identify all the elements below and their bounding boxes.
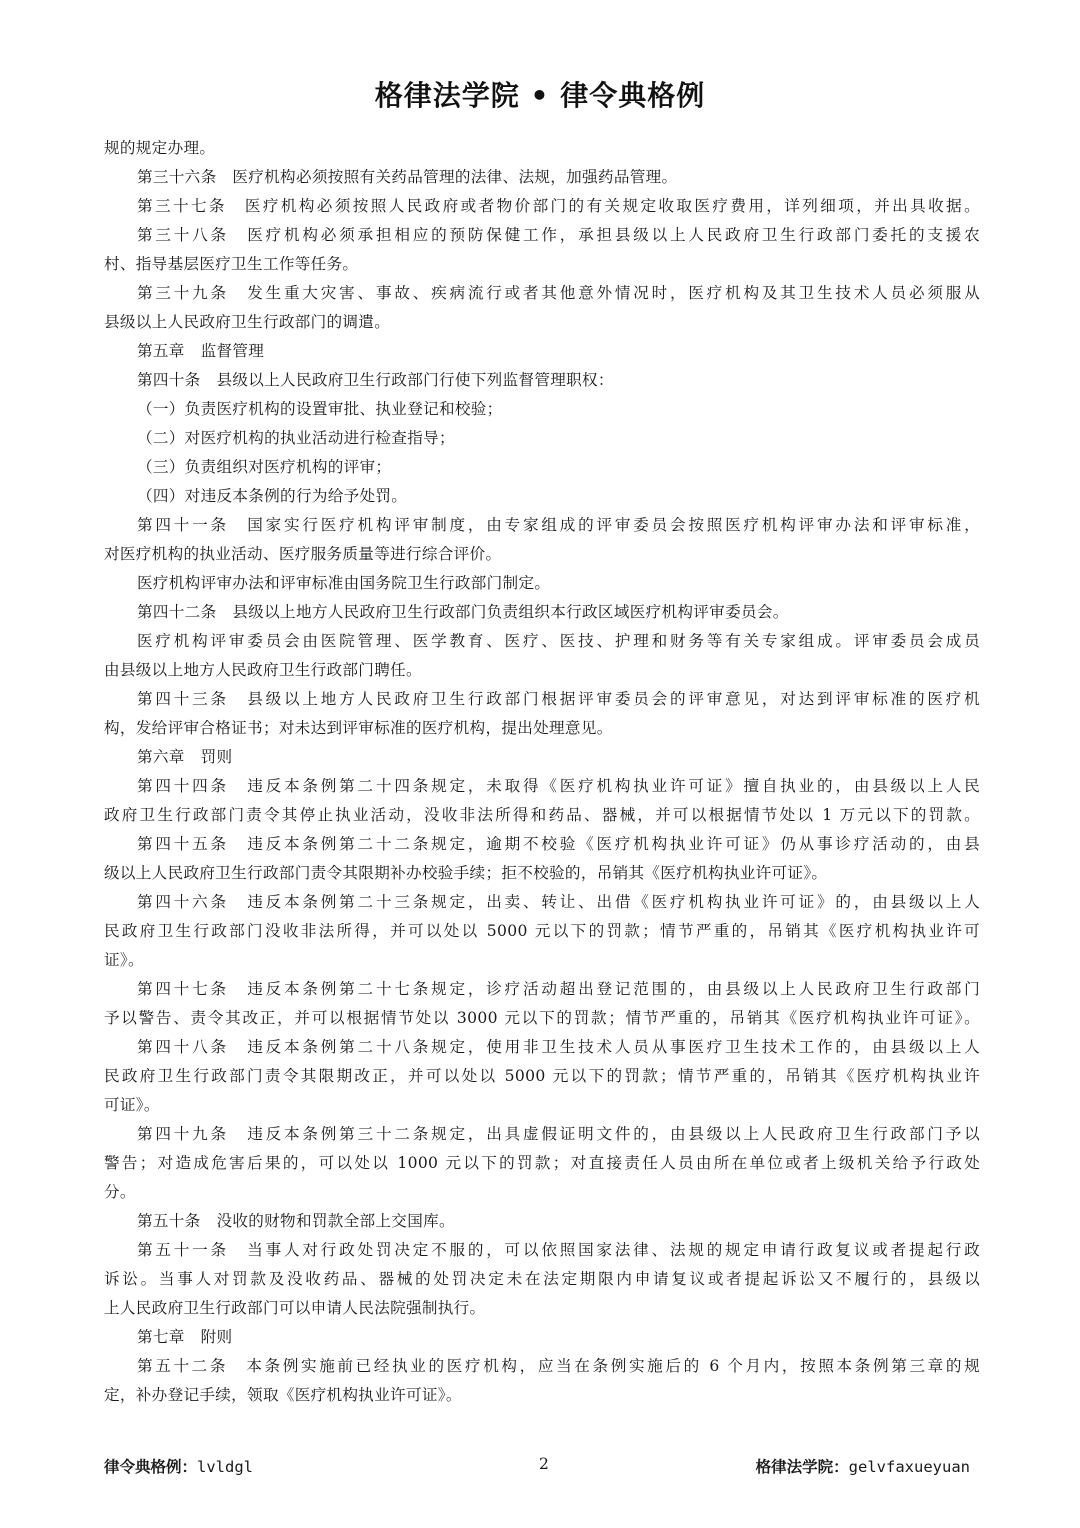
text-line: 第四十五条 违反本条例第二十二条规定，逾期不校验《医疗机构执业许可证》仍从事诊疗…	[104, 830, 980, 859]
text-line: 第四十一条 国家实行医疗机构评审制度，由专家组成的评审委员会按照医疗机构评审办法…	[104, 511, 980, 540]
text-line: 县级以上人民政府卫生行政部门的调遣。	[104, 308, 980, 337]
footer-left: 律令典格例：lvldgl	[104, 1455, 253, 1477]
text-line: 第四十四条 违反本条例第二十四条规定，未取得《医疗机构执业许可证》擅自执业的，由…	[104, 772, 980, 801]
document-body: 规的规定办理。第三十六条 医疗机构必须按照有关药品管理的法律、法规，加强药品管理…	[104, 134, 980, 1410]
text-line: 第五章 监督管理	[104, 337, 980, 366]
text-line: 第三十八条 医疗机构必须承担相应的预防保健工作，承担县级以上人民政府卫生行政部门…	[104, 221, 980, 250]
text-line: 定，补办登记手续，领取《医疗机构执业许可证》。	[104, 1381, 980, 1410]
text-line: 分。	[104, 1178, 980, 1207]
text-line: 由县级以上地方人民政府卫生行政部门聘任。	[104, 656, 980, 685]
text-line: 规的规定办理。	[104, 134, 980, 163]
text-line: 第三十九条 发生重大灾害、事故、疾病流行或者其他意外情况时，医疗机构及其卫生技术…	[104, 279, 980, 308]
text-line: 对医疗机构的执业活动、医疗服务质量等进行综合评价。	[104, 540, 980, 569]
text-line: 政府卫生行政部门责令其停止执业活动，没收非法所得和药品、器械，并可以根据情节处以…	[104, 801, 980, 830]
text-line: 第三十六条 医疗机构必须按照有关药品管理的法律、法规，加强药品管理。	[104, 163, 980, 192]
text-line: 第四十九条 违反本条例第三十二条规定，出具虚假证明文件的，由县级以上人民政府卫生…	[104, 1120, 980, 1149]
text-line: 上人民政府卫生行政部门可以申请人民法院强制执行。	[104, 1294, 980, 1323]
text-line: 第四十六条 违反本条例第二十三条规定，出卖、转让、出借《医疗机构执业许可证》的，…	[104, 888, 980, 917]
text-line: （一）负责医疗机构的设置审批、执业登记和校验；	[104, 395, 980, 424]
text-line: 医疗机构评审办法和评审标准由国务院卫生行政部门制定。	[104, 569, 980, 598]
footer-left-label: 律令典格例：	[104, 1457, 197, 1476]
text-line: 第五十条 没收的财物和罚款全部上交国库。	[104, 1207, 980, 1236]
text-line: 民政府卫生行政部门没收非法所得，并可以处以 5000 元以下的罚款；情节严重的，…	[104, 917, 980, 946]
footer-left-value: lvldgl	[197, 1458, 253, 1476]
text-line: 第五十二条 本条例实施前已经执业的医疗机构，应当在条例实施后的 6 个月内，按照…	[104, 1352, 980, 1381]
footer-right-label: 格律法学院：	[756, 1457, 849, 1476]
text-line: 第四十三条 县级以上地方人民政府卫生行政部门根据评审委员会的评审意见，对达到评审…	[104, 685, 980, 714]
text-line: 诉讼。当事人对罚款及没收药品、器械的处罚决定未在法定期限内申请复议或者提起诉讼又…	[104, 1265, 980, 1294]
text-line: 第六章 罚则	[104, 743, 980, 772]
text-line: 证》。	[104, 946, 980, 975]
text-line: 警告；对造成危害后果的，可以处以 1000 元以下的罚款；对直接责任人员由所在单…	[104, 1149, 980, 1178]
text-line: （二）对医疗机构的执业活动进行检查指导；	[104, 424, 980, 453]
text-line: 第四十七条 违反本条例第二十七条规定，诊疗活动超出登记范围的，由县级以上人民政府…	[104, 975, 980, 1004]
text-line: 村、指导基层医疗卫生工作等任务。	[104, 250, 980, 279]
text-line: 级以上人民政府卫生行政部门责令其限期补办校验手续；拒不校验的，吊销其《医疗机构执…	[104, 859, 980, 888]
text-line: 予以警告、责令其改正，并可以根据情节处以 3000 元以下的罚款；情节严重的，吊…	[104, 1004, 980, 1033]
text-line: （四）对违反本条例的行为给予处罚。	[104, 482, 980, 511]
text-line: 第五十一条 当事人对行政处罚决定不服的，可以依照国家法律、法规的规定申请行政复议…	[104, 1236, 980, 1265]
footer-right: 格律法学院：gelvfaxueyuan	[756, 1455, 970, 1477]
text-line: 可证》。	[104, 1091, 980, 1120]
document-page: 格律法学院 • 律令典格例 规的规定办理。第三十六条 医疗机构必须按照有关药品管…	[0, 0, 1080, 1528]
text-line: 民政府卫生行政部门责令其限期改正，并可以处以 5000 元以下的罚款；情节严重的…	[104, 1062, 980, 1091]
text-line: 第四十二条 县级以上地方人民政府卫生行政部门负责组织本行政区域医疗机构评审委员会…	[104, 598, 980, 627]
footer-right-value: gelvfaxueyuan	[849, 1458, 970, 1476]
text-line: 第三十七条 医疗机构必须按照人民政府或者物价部门的有关规定收取医疗费用，详列细项…	[104, 192, 980, 221]
page-title: 格律法学院 • 律令典格例	[0, 74, 1080, 114]
page-number: 2	[539, 1455, 549, 1473]
text-line: 构，发给评审合格证书；对未达到评审标准的医疗机构，提出处理意见。	[104, 714, 980, 743]
text-line: 第四十八条 违反本条例第二十八条规定，使用非卫生技术人员从事医疗卫生技术工作的，…	[104, 1033, 980, 1062]
text-line: 第四十条 县级以上人民政府卫生行政部门行使下列监督管理职权：	[104, 366, 980, 395]
text-line: 第七章 附则	[104, 1323, 980, 1352]
text-line: 医疗机构评审委员会由医院管理、医学教育、医疗、医技、护理和财务等有关专家组成。评…	[104, 627, 980, 656]
text-line: （三）负责组织对医疗机构的评审；	[104, 453, 980, 482]
page-footer: 律令典格例：lvldgl 2 格律法学院：gelvfaxueyuan	[104, 1455, 970, 1479]
